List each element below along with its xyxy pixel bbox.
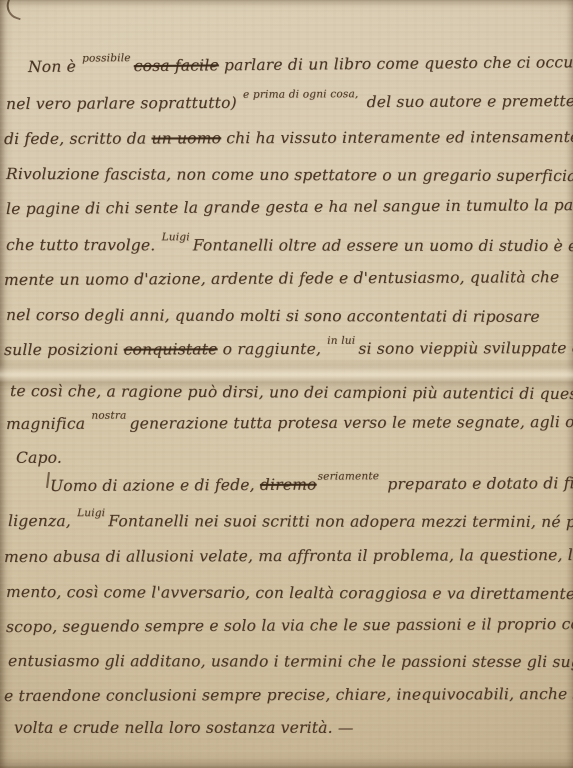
manuscript-line-14: ligenza, LuigiFontanelli nei suoi scritt… [8, 512, 573, 531]
struck-out-text: cosa facile [134, 56, 219, 75]
interline-insertion: Luigi [77, 507, 105, 519]
struck-out-text: un uomo [151, 129, 221, 147]
interline-insertion: in lui [327, 335, 355, 347]
manuscript-line-8: nel corso degli anni, quando molti si so… [6, 306, 540, 326]
interline-insertion: seriamente [318, 470, 380, 482]
handwritten-text: Capo. [16, 449, 62, 467]
manuscript-line-4: Rivoluzione fascista, non come uno spett… [6, 165, 573, 185]
manuscript-line-7: mente un uomo d'azione, ardente di fede … [4, 268, 559, 289]
handwritten-text: chi ha vissuto interamente ed intensamen… [221, 128, 573, 147]
manuscript-line-20: volta e crude nella loro sostanza verità… [14, 719, 354, 737]
manuscript-line-19: e traendone conclusioni sempre precise, … [4, 685, 573, 705]
manuscript-line-13: Uomo di azione e di fede, diremoseriamen… [50, 474, 573, 495]
struck-out-text: diremo [260, 476, 317, 494]
manuscript-line-18: entusiasmo gli additano, usando i termin… [8, 652, 573, 671]
handwritten-text: scopo, seguendo sempre e solo la via che… [6, 615, 573, 636]
manuscript-line-2: nel vero parlare soprattutto) e prima di… [6, 91, 573, 113]
manuscript-line-15: meno abusa di allusioni velate, ma affro… [4, 546, 573, 566]
handwritten-text: sulle posizioni [4, 341, 124, 359]
manuscript-line-11: magnifica nostragenerazione tutta protes… [6, 413, 573, 433]
manuscript-line-9: sulle posizioni conquistate o raggiunte,… [4, 339, 573, 359]
handwritten-text: Non è [28, 58, 81, 76]
handwritten-text: Rivoluzione fascista, non come uno spett… [6, 165, 573, 185]
handwritten-text: si sono vieppiù sviluppate e affina- [358, 339, 573, 358]
handwritten-text: mente un uomo d'azione, ardente di fede … [4, 268, 559, 289]
handwritten-text: che tutto travolge. [6, 236, 161, 254]
manuscript-line-6: che tutto travolge. LuigiFontanelli oltr… [6, 236, 573, 255]
interline-insertion: possibile [82, 52, 131, 64]
handwritten-text: meno abusa di allusioni velate, ma affro… [4, 546, 573, 566]
handwritten-text: nel corso degli anni, quando molti si so… [6, 306, 540, 326]
handwritten-text: o raggiunte, [217, 340, 326, 358]
handwritten-text: Uomo di azione e di fede, [50, 476, 260, 495]
manuscript-line-10: te così che, a ragione può dirsi, uno de… [10, 382, 573, 403]
handwritten-text: parlare di un libro come questo che ci o… [219, 53, 573, 74]
struck-out-text: conquistate [124, 340, 218, 358]
manuscript-line-5: le pagine di chi sente la grande gesta e… [6, 196, 573, 218]
handwritten-text: magnifica [6, 415, 90, 433]
handwritten-text: generazione tutta protesa verso le mete … [129, 413, 573, 433]
handwritten-text: Fontanelli nei suoi scritti non adopera … [108, 512, 573, 531]
manuscript-line-17: scopo, seguendo sempre e solo la via che… [6, 615, 573, 636]
manuscript-page: Non è possibilecosa facile parlare di un… [0, 0, 573, 768]
handwritten-text: mento, così come l'avversario, con lealt… [6, 583, 573, 603]
interline-insertion: nostra [91, 410, 126, 422]
manuscript-line-1: Non è possibilecosa facile parlare di un… [28, 52, 573, 76]
handwritten-text: entusiasmo gli additano, usando i termin… [8, 652, 573, 671]
handwritten-text-block: Non è possibilecosa facile parlare di un… [0, 0, 573, 768]
handwritten-text: nel vero parlare soprattutto) [6, 94, 242, 113]
handwritten-text: te così che, a ragione può dirsi, uno de… [10, 382, 573, 403]
handwritten-text: di fede, scritto da [4, 129, 152, 148]
manuscript-line-3: di fede, scritto da un uomo chi ha vissu… [4, 128, 573, 148]
interline-insertion: e prima di ogni cosa, [243, 88, 359, 101]
interline-insertion: Luigi [162, 231, 190, 243]
manuscript-line-12: Capo. [16, 449, 62, 467]
handwritten-text: preparato e dotato di fiuto, viva intel- [382, 474, 573, 494]
handwritten-text: volta e crude nella loro sostanza verità… [14, 719, 354, 737]
handwritten-text: ligenza, [8, 512, 76, 530]
handwritten-text: le pagine di chi sente la grande gesta e… [6, 196, 573, 218]
handwritten-text: del suo autore e premettere che ci è sta… [361, 91, 573, 111]
handwritten-text: Fontanelli oltre ad essere un uomo di st… [193, 236, 573, 255]
handwritten-text: e traendone conclusioni sempre precise, … [4, 685, 573, 705]
manuscript-line-16: mento, così come l'avversario, con lealt… [6, 583, 573, 603]
